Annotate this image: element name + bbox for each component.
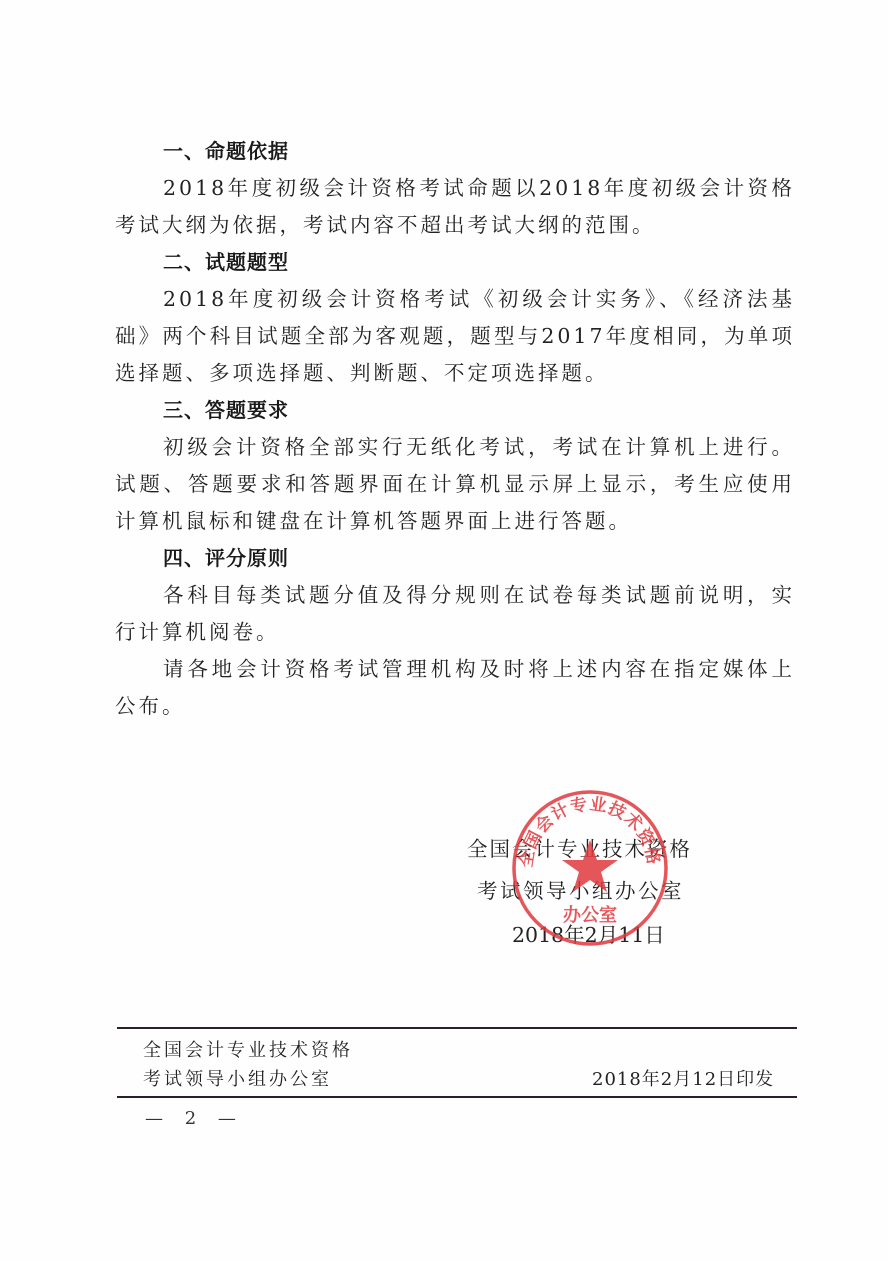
section-heading: 二、试题题型 [115,244,795,281]
footer-issuer-line1: 全国会计专业技术资格 [143,1036,353,1065]
section-paragraph: 各科目每类试题分值及得分规则在试卷每类试题前说明，实行计算机阅卷。 [115,577,795,651]
section-question-types: 二、试题题型 2018年度初级会计资格考试《初级会计实务》、《经济法基础》两个科… [115,244,795,392]
footer-issue-date: 2018年2月12日印发 [592,1065,774,1094]
section-paragraph: 2018年度初级会计资格考试命题以2018年度初级会计资格考试大纲为依据，考试内… [115,170,795,244]
footer-rule-bottom [117,1096,797,1098]
signature-date: 2018年2月11日 [512,918,665,948]
signature-org-line1: 全国会计专业技术资格 [467,832,692,862]
section-heading: 三、答题要求 [115,392,795,429]
footer-rule-top [117,1027,797,1029]
section-scoring: 四、评分原则 各科目每类试题分值及得分规则在试卷每类试题前说明，实行计算机阅卷。… [115,540,795,725]
section-heading: 一、命题依据 [115,133,795,170]
section-heading: 四、评分原则 [115,540,795,577]
footer-issuer-line2: 考试领导小组办公室 [143,1065,353,1094]
document-page: 一、命题依据 2018年度初级会计资格考试命题以2018年度初级会计资格考试大纲… [0,0,888,1261]
page-number: — 2 — [145,1108,244,1129]
signature-org-line2: 考试领导小组办公室 [477,874,684,904]
section-basis: 一、命题依据 2018年度初级会计资格考试命题以2018年度初级会计资格考试大纲… [115,133,795,244]
section-paragraph: 2018年度初级会计资格考试《初级会计实务》、《经济法基础》两个科目试题全部为客… [115,281,795,392]
footer-issuer: 全国会计专业技术资格 考试领导小组办公室 [143,1036,353,1094]
section-answer-requirements: 三、答题要求 初级会计资格全部实行无纸化考试，考试在计算机上进行。试题、答题要求… [115,392,795,540]
section-paragraph: 请各地会计资格考试管理机构及时将上述内容在指定媒体上公布。 [115,651,795,725]
document-body: 一、命题依据 2018年度初级会计资格考试命题以2018年度初级会计资格考试大纲… [115,133,795,725]
section-paragraph: 初级会计资格全部实行无纸化考试，考试在计算机上进行。试题、答题要求和答题界面在计… [115,429,795,540]
